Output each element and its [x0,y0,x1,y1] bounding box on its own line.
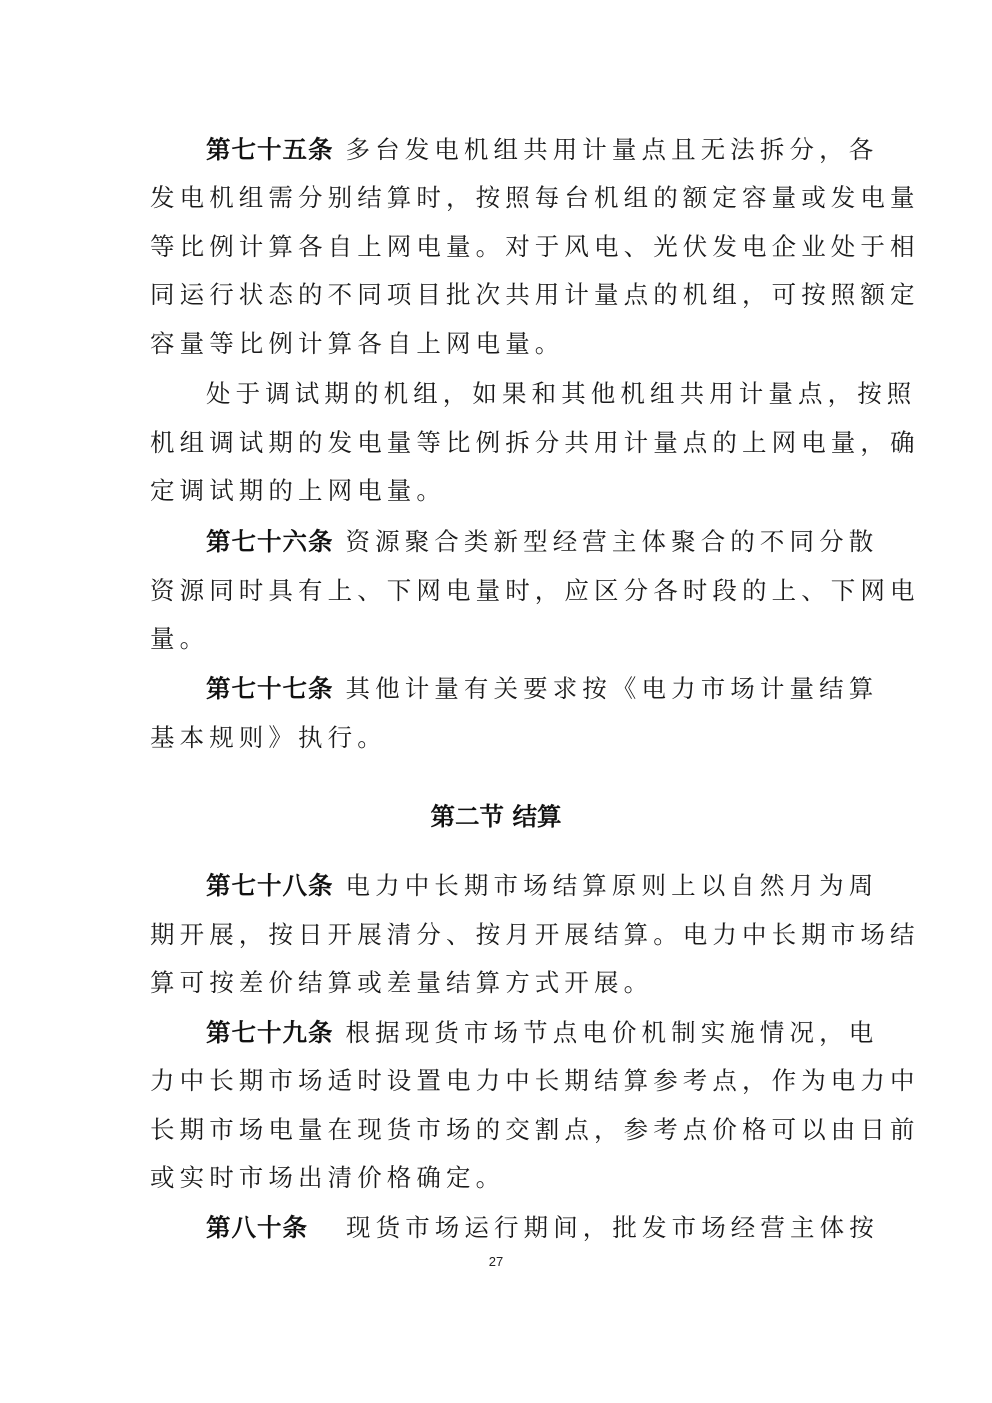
paragraph-line: 第七十九条根据现货市场节点电价机制实施情况，电 [206,1013,840,1053]
paragraph-line: 定调试期的上网电量。 [150,471,840,511]
paragraph-line: 第七十八条电力中长期市场结算原则上以自然月为周 [206,866,840,906]
page-number: 27 [0,1254,992,1269]
article-number: 第七十八条 [206,871,334,900]
document-page: 第七十五条多台发电机组共用计量点且无法拆分，各 发电机组需分别结算时，按照每台机… [0,0,992,1403]
article-number: 第七十五条 [206,135,334,164]
paragraph-line: 等比例计算各自上网电量。对于风电、光伏发电企业处于相 [150,227,840,267]
paragraph-line: 处于调试期的机组，如果和其他机组共用计量点，按照 [206,374,840,414]
paragraph-line: 同运行状态的不同项目批次共用计量点的机组，可按照额定 [150,275,840,315]
paragraph-line: 或实时市场出清价格确定。 [150,1158,840,1198]
article-number: 第七十七条 [206,674,334,703]
paragraph-line: 长期市场电量在现货市场的交割点，参考点价格可以由日前 [150,1110,840,1150]
paragraph-line: 期开展，按日开展清分、按月开展结算。电力中长期市场结 [150,915,840,955]
paragraph-line: 第七十五条多台发电机组共用计量点且无法拆分，各 [206,130,840,170]
article-number: 第八十条 [206,1213,308,1242]
article-number: 第七十六条 [206,527,334,556]
paragraph-line: 力中长期市场适时设置电力中长期结算参考点，作为电力中 [150,1061,840,1101]
paragraph-line: 资源同时具有上、下网电量时，应区分各时段的上、下网电 [150,571,840,611]
paragraph-line: 机组调试期的发电量等比例拆分共用计量点的上网电量，确 [150,423,840,463]
paragraph-line: 算可按差价结算或差量结算方式开展。 [150,963,840,1003]
paragraph-line: 第七十六条资源聚合类新型经营主体聚合的不同分散 [206,522,840,562]
paragraph-line: 量。 [150,619,840,659]
article-number: 第七十九条 [206,1018,334,1047]
paragraph-line: 基本规则》执行。 [150,718,840,758]
section-heading: 第二节 结算 [0,797,992,837]
paragraph-line: 容量等比例计算各自上网电量。 [150,324,840,364]
paragraph-line: 第八十条现货市场运行期间，批发市场经营主体按 [206,1208,840,1248]
paragraph-line: 第七十七条其他计量有关要求按《电力市场计量结算 [206,669,840,709]
paragraph-line: 发电机组需分别结算时，按照每台机组的额定容量或发电量 [150,178,840,218]
